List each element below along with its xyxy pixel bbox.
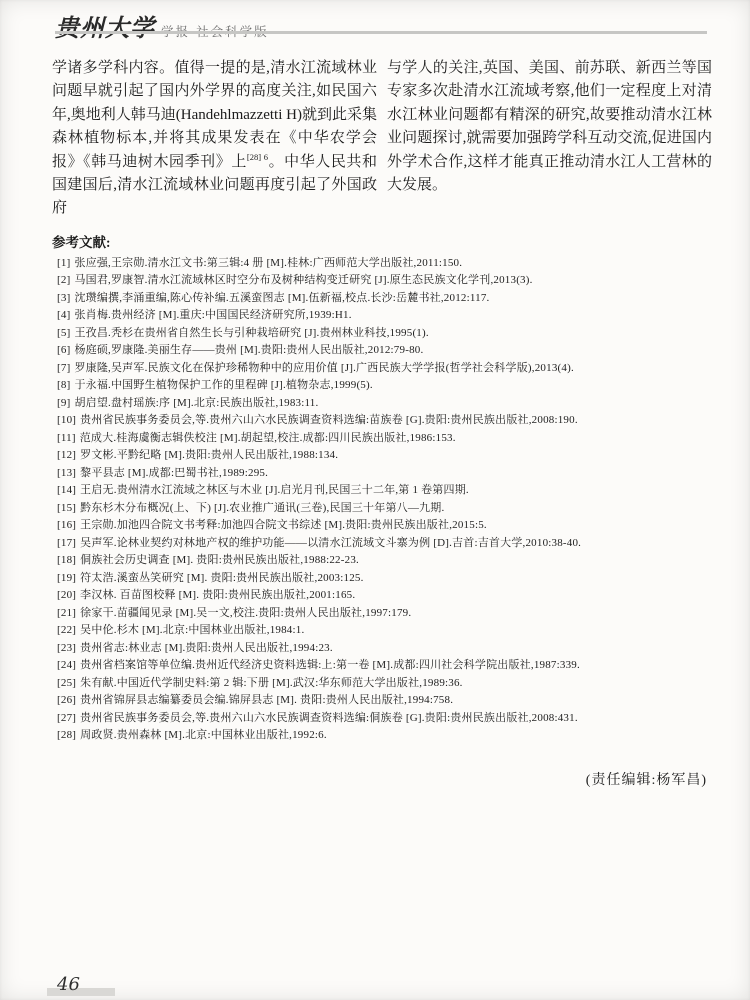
- reference-text: 王孜昌.秃杉在贵州省自然生长与引种栽培研究 [J].贵州林业科技,1995(1)…: [74, 327, 428, 339]
- reference-label: [26]: [57, 694, 76, 706]
- reference-label: [6]: [57, 344, 70, 356]
- reference-label: [20]: [57, 589, 76, 601]
- reference-text: 张应强,王宗勋.清水江文书:第三辑:4 册 [M].桂林:广西师范大学出版社,2…: [74, 257, 462, 269]
- reference-item: [16]王宗勋.加池四合院文书考释:加池四合院文书综述 [M].贵阳:贵州民族出…: [57, 517, 712, 535]
- reference-text: 范成大.桂海虞衡志辑佚校注 [M].胡起望,校注.成都:四川民族出版社,1986…: [80, 432, 456, 444]
- body-left-column: 学诸多学科内容。值得一提的是,清水江流域林业问题早就引起了国内外学界的高度关注,…: [52, 57, 377, 221]
- reference-text: 沈瓒编撰,李涌重编,陈心传补编.五溪蛮图志 [M].伍新福,校点.长沙:岳麓书社…: [74, 292, 489, 304]
- reference-text: 吴声军.论林业契约对林地产权的维护功能——以清水江流域文斗寨为例 [D].吉首:…: [80, 537, 581, 549]
- reference-text: 符太浩.溪蛮丛笑研究 [M]. 贵阳:贵州民族出版社,2003:125.: [80, 572, 363, 584]
- journal-logo: 贵州大学: [55, 13, 155, 42]
- reference-item: [2]马国君,罗康智.清水江流域林区时空分布及树种结构变迁研究 [J].原生态民…: [57, 272, 712, 290]
- reference-text: 贵州省民族事务委员会,等.贵州六山六水民族调查资料选编:苗族卷 [G].贵阳:贵…: [80, 414, 578, 426]
- body-right-column: 与学人的关注,英国、美国、前苏联、新西兰等国专家多次赴清水江流域考察,他们一定程…: [387, 57, 712, 221]
- reference-text: 朱有献.中国近代学制史料:第 2 辑:下册 [M].武汉:华东师范大学出版社,1…: [80, 677, 462, 689]
- reference-label: [11]: [57, 432, 76, 444]
- reference-label: [8]: [57, 379, 70, 391]
- journal-header: 贵州大学学报·社会科学版: [55, 8, 269, 43]
- reference-text: 罗康隆,吴声军.民族文化在保护珍稀物种中的应用价值 [J].广西民族大学学报(哲…: [74, 362, 573, 374]
- reference-text: 徐家干.苗疆闻见录 [M].吴一文,校注.贵阳:贵州人民出版社,1997:179…: [80, 607, 411, 619]
- reference-item: [21]徐家干.苗疆闻见录 [M].吴一文,校注.贵阳:贵州人民出版社,1997…: [57, 605, 712, 623]
- reference-item: [18]侗族社会历史调查 [M]. 贵阳:贵州民族出版社,1988:22-23.: [57, 552, 712, 570]
- reference-text: 黎平县志 [M].成都:巴蜀书社,1989:295.: [80, 467, 268, 479]
- reference-label: [16]: [57, 519, 76, 531]
- reference-item: [11]范成大.桂海虞衡志辑佚校注 [M].胡起望,校注.成都:四川民族出版社,…: [57, 430, 712, 448]
- reference-item: [4]张肖梅.贵州经济 [M].重庆:中国国民经济研究所,1939:H1.: [57, 307, 712, 325]
- body-columns: 学诸多学科内容。值得一提的是,清水江流域林业问题早就引起了国内外学界的高度关注,…: [52, 57, 712, 221]
- editor-note: (责任编辑:杨军昌): [52, 769, 707, 789]
- citation-superscript: [28] 6: [247, 152, 268, 162]
- reference-item: [24]贵州省档案馆等单位编.贵州近代经济史资料选辑:上:第一卷 [M].成都:…: [57, 657, 712, 675]
- reference-label: [19]: [57, 572, 76, 584]
- header-rule: [55, 31, 707, 34]
- reference-label: [18]: [57, 554, 76, 566]
- reference-item: [8]于永福.中国野生植物保护工作的里程碑 [J].植物杂志,1999(5).: [57, 377, 712, 395]
- reference-text: 贵州省锦屏县志编纂委员会编.锦屏县志 [M]. 贵阳:贵州人民出版社,1994:…: [80, 694, 453, 706]
- reference-text: 贵州省志:林业志 [M].贵阳:贵州人民出版社,1994:23.: [80, 642, 333, 654]
- reference-label: [15]: [57, 502, 76, 514]
- reference-item: [6]杨庭硕,罗康隆.美丽生存——贵州 [M].贵阳:贵州人民出版社,2012:…: [57, 342, 712, 360]
- reference-item: [22]吴中伦.杉木 [M].北京:中国林业出版社,1984:1.: [57, 622, 712, 640]
- reference-item: [19]符太浩.溪蛮丛笑研究 [M]. 贵阳:贵州民族出版社,2003:125.: [57, 570, 712, 588]
- page-content: 学诸多学科内容。值得一提的是,清水江流域林业问题早就引起了国内外学界的高度关注,…: [52, 57, 712, 789]
- reference-label: [27]: [57, 712, 76, 724]
- reference-item: [9]胡启望.盘村瑶族:序 [M].北京:民族出版社,1983:11.: [57, 395, 712, 413]
- reference-label: [1]: [57, 257, 70, 269]
- reference-label: [13]: [57, 467, 76, 479]
- reference-text: 罗文彬.平黔纪略 [M].贵阳:贵州人民出版社,1988:134.: [80, 449, 338, 461]
- reference-text: 李汉林. 百苗图校释 [M]. 贵阳:贵州民族出版社,2001:165.: [80, 589, 355, 601]
- reference-label: [10]: [57, 414, 76, 426]
- reference-label: [4]: [57, 309, 70, 321]
- reference-item: [10]贵州省民族事务委员会,等.贵州六山六水民族调查资料选编:苗族卷 [G].…: [57, 412, 712, 430]
- reference-item: [3]沈瓒编撰,李涌重编,陈心传补编.五溪蛮图志 [M].伍新福,校点.长沙:岳…: [57, 290, 712, 308]
- reference-text: 胡启望.盘村瑶族:序 [M].北京:民族出版社,1983:11.: [74, 397, 318, 409]
- reference-item: [28]周政贤.贵州森林 [M].北京:中国林业出版社,1992:6.: [57, 727, 712, 745]
- reference-text: 于永福.中国野生植物保护工作的里程碑 [J].植物杂志,1999(5).: [74, 379, 372, 391]
- reference-label: [28]: [57, 729, 76, 741]
- reference-text: 周政贤.贵州森林 [M].北京:中国林业出版社,1992:6.: [80, 729, 327, 741]
- reference-item: [7]罗康隆,吴声军.民族文化在保护珍稀物种中的应用价值 [J].广西民族大学学…: [57, 360, 712, 378]
- reference-label: [12]: [57, 449, 76, 461]
- reference-label: [21]: [57, 607, 76, 619]
- references-list: [1]张应强,王宗勋.清水江文书:第三辑:4 册 [M].桂林:广西师范大学出版…: [52, 255, 712, 745]
- reference-item: [14]王启无.贵州清水江流域之林区与木业 [J].启光月刊,民国三十二年,第 …: [57, 482, 712, 500]
- reference-label: [22]: [57, 624, 76, 636]
- reference-label: [7]: [57, 362, 70, 374]
- reference-label: [25]: [57, 677, 76, 689]
- reference-item: [23]贵州省志:林业志 [M].贵阳:贵州人民出版社,1994:23.: [57, 640, 712, 658]
- reference-item: [1]张应强,王宗勋.清水江文书:第三辑:4 册 [M].桂林:广西师范大学出版…: [57, 255, 712, 273]
- journal-page: 贵州大学学报·社会科学版 学诸多学科内容。值得一提的是,清水江流域林业问题早就引…: [0, 0, 750, 1000]
- reference-label: [23]: [57, 642, 76, 654]
- reference-text: 吴中伦.杉木 [M].北京:中国林业出版社,1984:1.: [80, 624, 304, 636]
- reference-label: [17]: [57, 537, 76, 549]
- reference-text: 马国君,罗康智.清水江流域林区时空分布及树种结构变迁研究 [J].原生态民族文化…: [74, 274, 532, 286]
- page-number: 46: [57, 974, 80, 995]
- reference-item: [12]罗文彬.平黔纪略 [M].贵阳:贵州人民出版社,1988:134.: [57, 447, 712, 465]
- reference-item: [5]王孜昌.秃杉在贵州省自然生长与引种栽培研究 [J].贵州林业科技,1995…: [57, 325, 712, 343]
- reference-label: [24]: [57, 659, 76, 671]
- reference-text: 张肖梅.贵州经济 [M].重庆:中国国民经济研究所,1939:H1.: [74, 309, 351, 321]
- reference-item: [25]朱有献.中国近代学制史料:第 2 辑:下册 [M].武汉:华东师范大学出…: [57, 675, 712, 693]
- reference-text: 黔东杉木分布概况(上、下) [J].农业推广通讯(三卷),民国三十年第八—九期.: [80, 502, 444, 514]
- reference-text: 王启无.贵州清水江流域之林区与木业 [J].启光月刊,民国三十二年,第 1 卷第…: [80, 484, 469, 496]
- reference-label: [14]: [57, 484, 76, 496]
- reference-label: [9]: [57, 397, 70, 409]
- reference-item: [27]贵州省民族事务委员会,等.贵州六山六水民族调查资料选编:侗族卷 [G].…: [57, 710, 712, 728]
- reference-label: [3]: [57, 292, 70, 304]
- reference-item: [20]李汉林. 百苗图校释 [M]. 贵阳:贵州民族出版社,2001:165.: [57, 587, 712, 605]
- reference-item: [26]贵州省锦屏县志编纂委员会编.锦屏县志 [M]. 贵阳:贵州人民出版社,1…: [57, 692, 712, 710]
- reference-text: 王宗勋.加池四合院文书考释:加池四合院文书综述 [M].贵阳:贵州民族出版社,2…: [80, 519, 487, 531]
- reference-text: 贵州省档案馆等单位编.贵州近代经济史资料选辑:上:第一卷 [M].成都:四川社会…: [80, 659, 580, 671]
- reference-item: [15]黔东杉木分布概况(上、下) [J].农业推广通讯(三卷),民国三十年第八…: [57, 500, 712, 518]
- reference-label: [2]: [57, 274, 70, 286]
- reference-text: 杨庭硕,罗康隆.美丽生存——贵州 [M].贵阳:贵州人民出版社,2012:79-…: [74, 344, 423, 356]
- reference-text: 贵州省民族事务委员会,等.贵州六山六水民族调查资料选编:侗族卷 [G].贵阳:贵…: [80, 712, 578, 724]
- reference-text: 侗族社会历史调查 [M]. 贵阳:贵州民族出版社,1988:22-23.: [80, 554, 359, 566]
- reference-label: [5]: [57, 327, 70, 339]
- reference-item: [13]黎平县志 [M].成都:巴蜀书社,1989:295.: [57, 465, 712, 483]
- reference-item: [17]吴声军.论林业契约对林地产权的维护功能——以清水江流域文斗寨为例 [D]…: [57, 535, 712, 553]
- references-heading: 参考文献:: [52, 231, 712, 251]
